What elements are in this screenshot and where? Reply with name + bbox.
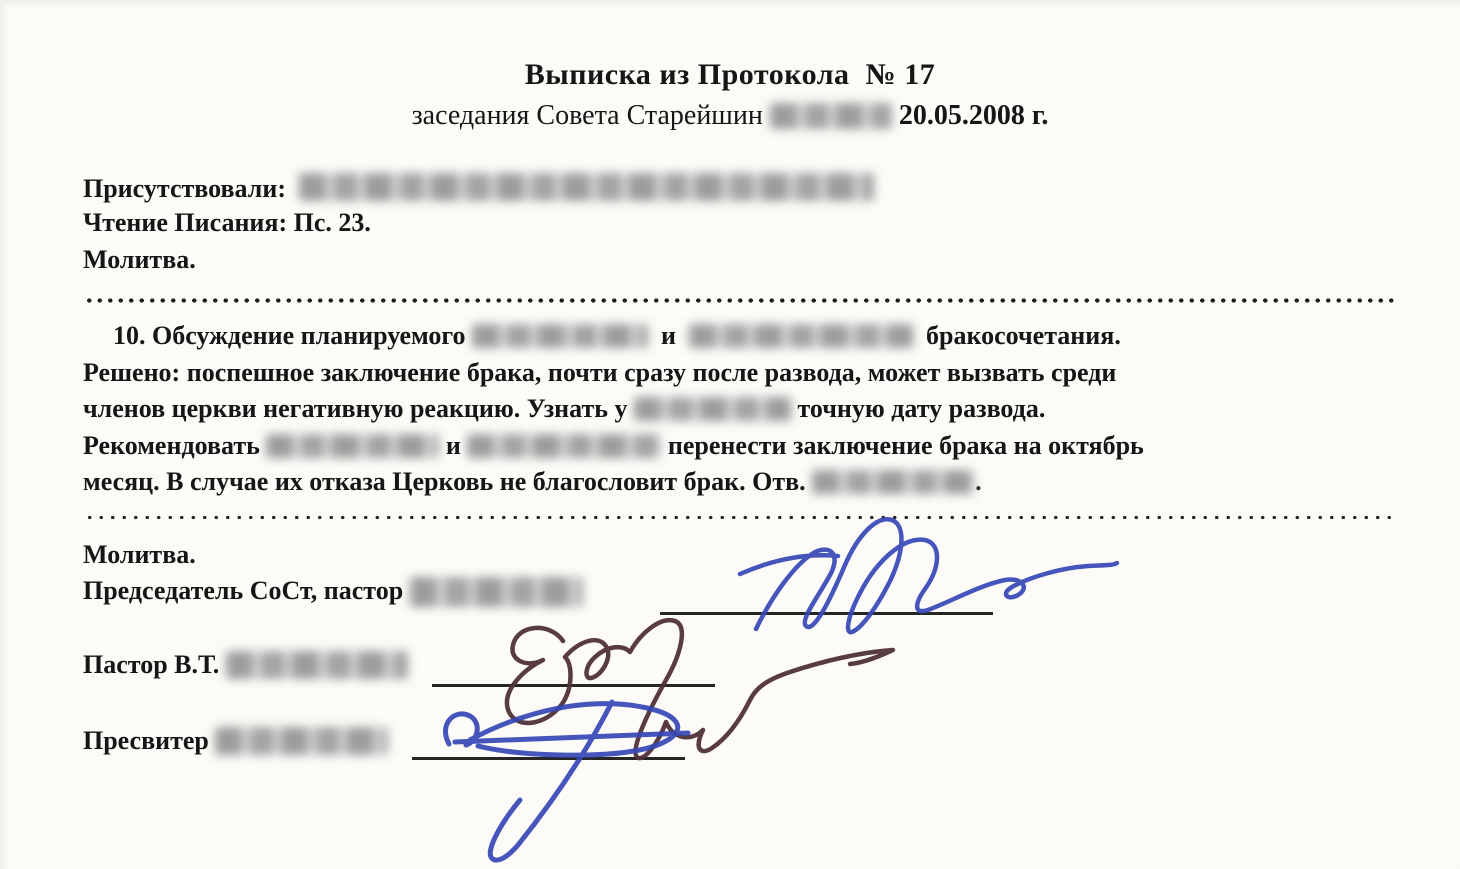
redacted-bride-name-2 — [467, 434, 661, 458]
sentence-period: . — [975, 467, 982, 496]
redacted-presbyter-name — [215, 727, 388, 755]
redacted-groom-name — [472, 324, 648, 348]
attendees-line: Присутствовали: — [83, 173, 874, 204]
chairman-signature-ink — [740, 519, 1117, 632]
pastor-label: Пастор В.Т. — [83, 650, 219, 679]
redacted-chairman-name — [410, 577, 583, 607]
pastor-signature-ink — [507, 620, 893, 758]
recommendation-after: перенести заключение брака на октябрь — [668, 431, 1144, 460]
recommendation-before: Рекомендовать — [83, 431, 260, 460]
redacted-pastor-name — [226, 651, 408, 679]
signature-rule-1 — [660, 612, 993, 615]
redacted-church-name — [770, 103, 892, 129]
meeting-prefix: заседания Совета Старейшин — [412, 100, 763, 131]
item10-conjunction: и — [661, 321, 676, 350]
scripture-line: Чтение Писания: Пс. 23. — [83, 209, 371, 238]
decision-line-1: Решено: поспешное заключение брака, почт… — [83, 359, 1116, 388]
item10-lead: 10. Обсуждение планируемого — [113, 321, 466, 350]
responsible-label: месяц. В случае их отказа Церковь не бла… — [83, 467, 806, 496]
item10-tail: бракосочетания. — [926, 321, 1121, 350]
scanned-protocol-page: Выписка из Протокола № 17 заседания Сове… — [0, 0, 1460, 869]
document-title: Выписка из Протокола № 17 — [0, 58, 1460, 92]
pastor-signature-line: Пастор В.Т. — [83, 651, 408, 680]
decision-line2-after: точную дату развода. — [797, 394, 1045, 423]
chairman-signature-line: Председатель СоСт, пастор — [83, 577, 583, 607]
presbyter-signature-ink — [445, 702, 688, 860]
signature-rule-2 — [432, 684, 715, 687]
dotted-separator-bottom — [84, 514, 1392, 521]
meeting-date: 20.05.2008 г. — [899, 100, 1049, 131]
recommendation-line-2: месяц. В случае их отказа Церковь не бла… — [83, 468, 982, 497]
recommendation-line-1: Рекомендовать и перенести заключение бра… — [83, 432, 1144, 461]
decision-line-2: членов церкви негативную реакцию. Узнать… — [83, 395, 1045, 424]
item10-heading: 10. Обсуждение планируемого и бракосочет… — [113, 322, 1121, 351]
presbyter-label: Пресвитер — [83, 726, 209, 755]
prayer-line-1: Молитва. — [83, 246, 196, 275]
chairman-label: Председатель СоСт, пастор — [83, 576, 403, 605]
prayer-line-2: Молитва. — [83, 541, 196, 570]
recommendation-conjunction: и — [446, 431, 461, 460]
presbyter-signature-line: Пресвитер — [83, 727, 388, 756]
attendees-label: Присутствовали: — [83, 174, 286, 203]
dotted-separator-top — [84, 297, 1398, 304]
document-subtitle: заседания Совета Старейшин 20.05.2008 г. — [0, 100, 1460, 132]
redacted-attendee-names — [299, 173, 874, 201]
redacted-groom-name-2 — [634, 397, 791, 421]
redacted-groom-name-3 — [266, 434, 439, 458]
redacted-bride-name — [689, 324, 913, 348]
signature-rule-3 — [412, 757, 685, 760]
decision-line2-before: членов церкви негативную реакцию. Узнать… — [83, 394, 627, 423]
redacted-responsible-name — [812, 470, 975, 494]
